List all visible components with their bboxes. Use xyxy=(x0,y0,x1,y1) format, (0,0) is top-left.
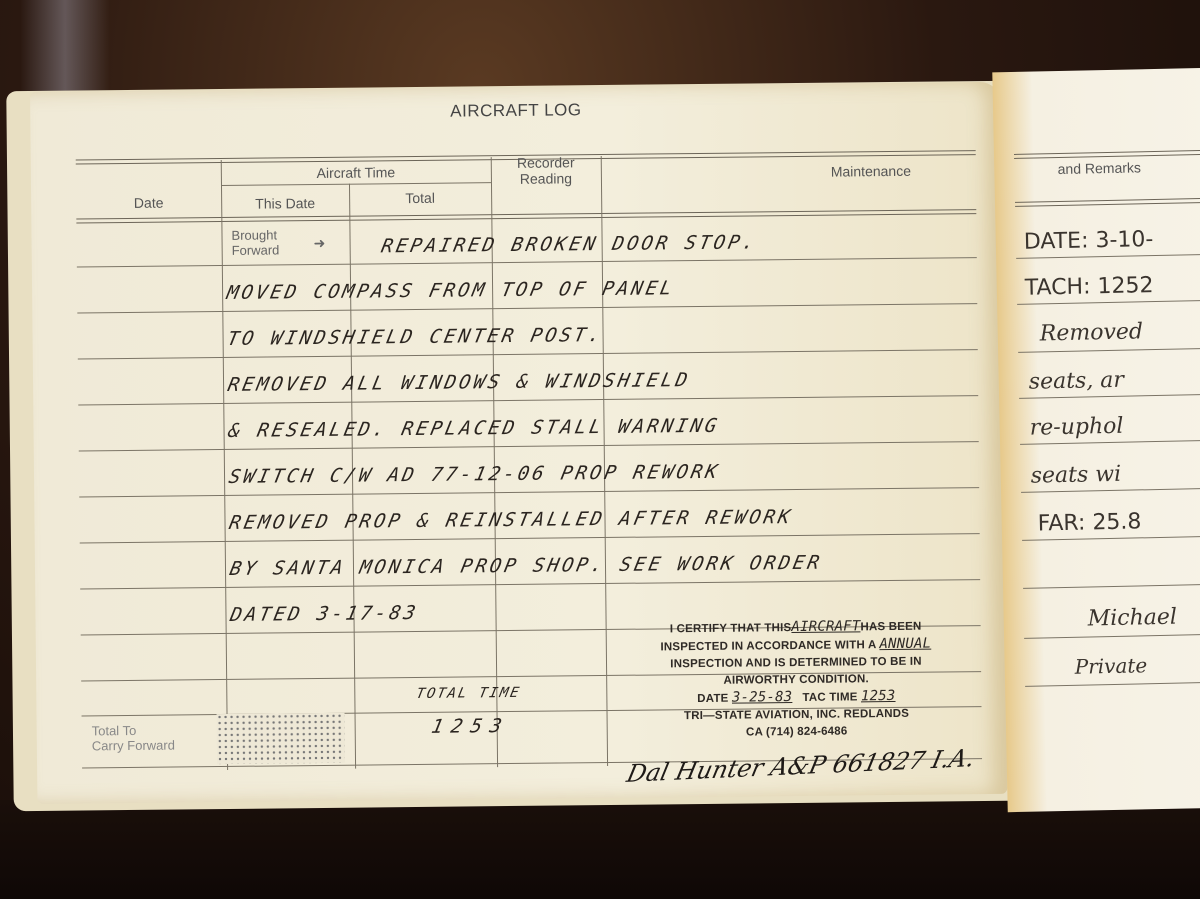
maintenance-header: Maintenance xyxy=(811,163,931,180)
log-entry: TO WINDSHIELD CENTER POST. xyxy=(225,324,605,350)
row-line xyxy=(1017,300,1200,305)
row-line xyxy=(79,487,979,497)
row-line xyxy=(1025,682,1200,687)
remark-pilot-type: Private xyxy=(1074,653,1147,679)
log-entry: DATED 3-17-83 xyxy=(228,602,420,626)
remark-line: Removed xyxy=(1040,319,1144,346)
date-header: Date xyxy=(76,194,221,212)
total-time-label: TOTAL TIME xyxy=(415,685,523,702)
row-line xyxy=(1023,584,1200,589)
remark-line: seats, ar xyxy=(1029,368,1125,395)
log-entry: & RESEALED. REPLACED STALL WARNING xyxy=(226,415,721,442)
log-entry: REMOVED ALL WINDOWS & WINDSHIELD xyxy=(226,369,692,396)
total-time-value: 1253 xyxy=(429,715,511,738)
row-line xyxy=(1022,536,1200,541)
row-line xyxy=(1020,440,1200,445)
aircraft-time-rule xyxy=(221,182,491,186)
certification-stamp: I CERTIFY THAT THISAIRCRAFTHAS BEEN INSP… xyxy=(616,617,977,743)
remark-line: re-uphol xyxy=(1029,414,1123,441)
log-entry: MOVED COMPASS FROM TOP OF PANEL xyxy=(225,277,677,304)
row-line xyxy=(1016,254,1200,259)
remark-line: DATE: 3-10- xyxy=(1024,227,1154,255)
row-line xyxy=(1021,488,1200,493)
log-entry: REMOVED PROP & REINSTALLED AFTER REWORK xyxy=(227,506,795,534)
log-entry: REPAIRED BROKEN DOOR STOP. xyxy=(379,231,759,257)
header-top-rule xyxy=(1014,150,1200,159)
total-header: Total xyxy=(349,189,491,206)
arrow-right-icon: ➜ xyxy=(314,235,326,252)
row-line xyxy=(79,441,979,451)
header-bottom-rule xyxy=(76,209,976,223)
recorder-reading-header: Recorder Reading xyxy=(491,154,601,187)
row-line xyxy=(78,395,978,405)
remark-signature: Michael xyxy=(1087,605,1177,632)
row-line xyxy=(77,257,977,267)
aircraft-time-header: Aircraft Time xyxy=(221,163,491,182)
this-date-header: This Date xyxy=(221,195,349,212)
page-title: AIRCRAFT LOG xyxy=(450,100,582,121)
remarks-page: and Remarks DATE: 3-10- TACH: 1252 Remov… xyxy=(992,68,1200,812)
row-line xyxy=(78,349,978,359)
remark-line: TACH: 1252 xyxy=(1025,273,1154,301)
remark-line: FAR: 25.8 xyxy=(1037,509,1141,536)
row-line xyxy=(80,579,980,589)
remark-line: seats wi xyxy=(1030,462,1121,489)
shaded-cell xyxy=(217,713,346,764)
remarks-header: and Remarks xyxy=(1034,159,1164,178)
total-carry-forward-label: Total To Carry Forward xyxy=(92,723,175,754)
log-entry: SWITCH C/W AD 77-12-06 PROP REWORK xyxy=(227,461,722,488)
inspector-signature: Dal Hunter A&P 661827 I.A. xyxy=(624,744,977,788)
aircraft-log-page: AIRCRAFT LOG Date Aircraft Time This Dat… xyxy=(30,82,1007,804)
row-line xyxy=(1019,394,1200,399)
row-line xyxy=(1024,634,1200,639)
brought-forward-label: Brought Forward xyxy=(231,227,279,257)
row-line xyxy=(80,533,980,543)
row-line xyxy=(77,303,977,313)
log-entry: BY SANTA MONICA PROP SHOP. SEE WORK ORDE… xyxy=(228,552,824,580)
header-bottom-rule xyxy=(1015,198,1200,207)
row-line xyxy=(1018,348,1200,353)
leather-background xyxy=(0,800,1200,899)
